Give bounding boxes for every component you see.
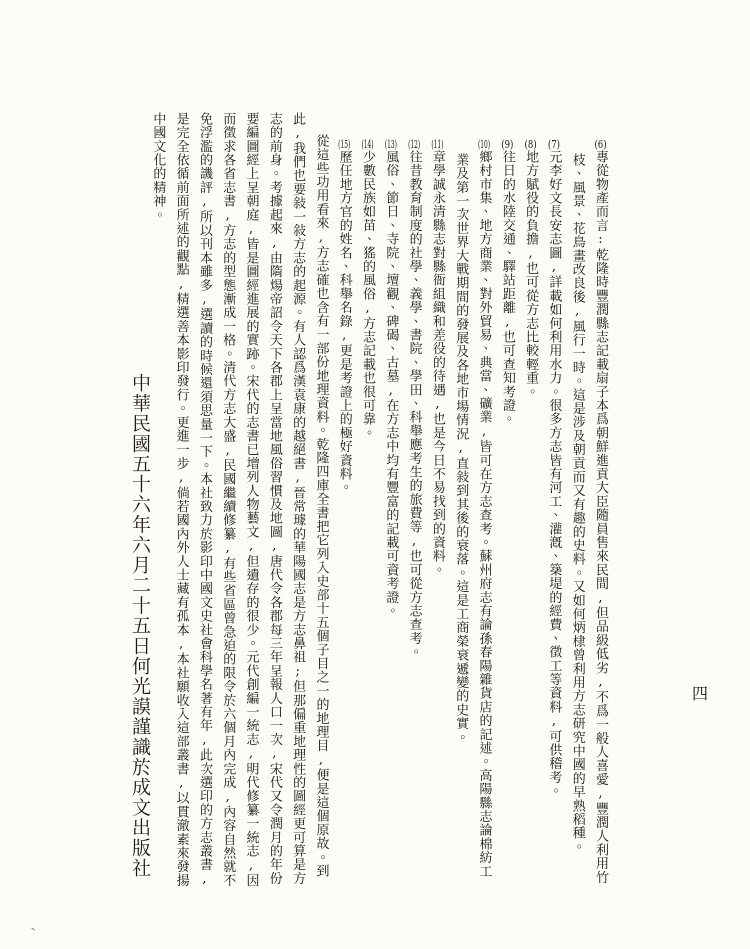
closing-paragraph-col-5: 而徵求各省志書,方志的型態漸成一格。清代方志大盛,民國繼續修纂,有些省區曾急迫的… [216,112,239,912]
item-12-number: (12) [408,139,421,150]
closing-paragraph-col-3: 志的前身。考據起來,由隋煬帝詔令天下各郡上呈當地風俗習慣及地圖,唐代令各郡每三年… [263,112,286,912]
item-6-col-1: (6)專從物產而言:乾隆時豐潤縣志記載扇子本爲朝鮮進貢大臣隨員售來民間,但品級低… [589,112,612,912]
item-13-col-1: (13)風俗、節日、寺院、壇觀、碑碣、古墓,在方志中均有豐富的記載可資考證。 [379,112,402,912]
book-page: (6)專從物產而言:乾隆時豐潤縣志記載扇子本爲朝鮮進貢大臣隨員售來民間,但品級低… [0,0,750,949]
column-text: 往昔教育制度的社學、義學、書院、學田、科舉應考生的旅費等,也可從方志查考。 [407,150,422,659]
closing-paragraph-col-6: 免浮濫的譏評,所以刊本雖多,選讀的時候還須思量一下。本社致力於影印中國文史社會科… [193,112,216,912]
item-14-col-1: (14)少數民族如苗、猺的風俗,方志記載也很可靠。 [356,112,379,912]
column-text: 志的前身。考據起來,由隋煬帝詔令天下各郡上呈當地風俗習慣及地圖,唐代令各郡每三年… [267,112,282,885]
column-text: 是完全依循前面所述的觀點,精選善本影印發行。更進一步,倘若國內外人士藏有孤本,本… [174,112,189,887]
item-9-col-1: (9)往日的水陸交通、驛站距離,也可查知考證。 [496,112,519,912]
column-text: 免浮濫的譏評,所以刊本雖多,選讀的時候還須思量一下。本社致力於影印中國文史社會科… [197,112,212,887]
item-15-number: (15) [338,139,351,150]
column-text: 業及第一次世界大戰期間的發展及各地市場情況,直敍到其後的衰落。這是工商榮衰遞變的… [453,153,468,744]
column-text: 枝、風景、花鳥畫改良後,風行一時。這是涉及朝貢而又有趣的史料。又如何炳棣曾利用方… [570,153,585,854]
item-10-col-1: (10)鄉村市集、地方商業、對外貿易、典當、礦業,皆可在方志查考。蘇州府志有論孫… [472,112,495,912]
column-text: 往日的水陸交通、驛站距離,也可查知考證。 [500,150,515,426]
corner-mark: 、 [28,915,43,934]
closing-paragraph-col-1: 從這些功用看來,方志確也含有一部份地理資料。乾隆四庫全書把它列入史部十五個子目之… [309,112,332,912]
column-text: 此,我們也要敍一敍方志的起源。有人認爲漢袁康的越絕書,晉常璩的華陽國志是方志鼻祖… [290,112,305,885]
column-text: 少數民族如苗、猺的風俗,方志記載也很可靠。 [360,150,375,440]
column-text: 鄉村市集、地方商業、對外貿易、典當、礦業,皆可在方志查考。蘇州府志有論孫春陽雜貨… [477,150,492,878]
item-10-col-2: 業及第一次世界大戰期間的發展及各地市場情況,直敍到其後的衰落。這是工商榮衰遞變的… [449,112,472,912]
closing-paragraph-col-2: 此,我們也要敍一敍方志的起源。有人認爲漢袁康的越絕書,晉常璩的華陽國志是方志鼻祖… [286,112,309,912]
item-11-number: (11) [431,139,444,150]
column-text: 風俗、節日、寺院、壇觀、碑碣、古墓,在方志中均有豐富的記載可資考證。 [383,150,398,618]
text-block: (6)專從物產而言:乾隆時豐潤縣志記載扇子本爲朝鮮進貢大臣隨員售來民間,但品級低… [146,112,612,912]
column-text: 地方賦役的負擔,也可從方志比較輕重。 [523,150,538,399]
item-8-col-1: (8)地方賦役的負擔,也可從方志比較輕重。 [519,112,542,912]
page-number: 四 [692,681,708,704]
column-text: 而徵求各省志書,方志的型態漸成一格。清代方志大盛,民國繼續修纂,有些省區曾急迫的… [220,112,235,887]
item-12-col-1: (12)往昔教育制度的社學、義學、書院、學田、科舉應考生的旅費等,也可從方志查考… [402,112,425,912]
column-text: 要編圖經上呈朝庭,皆是圖經進展的實跡。宋代的志書已增列人物藝文,但遺存的很少。元… [244,112,259,887]
column-text: 從這些功用看來,方志確也含有一部份地理資料。乾隆四庫全書把它列入史部十五個子目之… [313,134,328,878]
item-13-number: (13) [384,139,397,150]
column-text: 章學誠永清縣志對縣衙組織和差役的待遇,也是今日不易找到的資料。 [430,150,445,577]
item-6-number: (6) [594,139,607,150]
column-text: 中國文化的精神。 [150,112,165,222]
item-10-number: (10) [478,139,491,150]
item-11-col-1: (11)章學誠永清縣志對縣衙組織和差役的待遇,也是今日不易找到的資料。 [426,112,449,912]
column-text: 元李好文長安志圖,詳載如何利用水力。很多方志皆有河工、灌漑、築堤的經費、徵工等資… [546,150,561,798]
item-8-number: (8) [524,139,537,150]
column-text: 歷任地方官的姓名、科舉名錄,更是考證上的極好資料。 [337,150,352,495]
closing-paragraph-col-7: 是完全依循前面所述的觀點,精選善本影印發行。更進一步,倘若國內外人士藏有孤本,本… [169,112,192,912]
item-15-col-1: (15)歷任地方官的姓名、科舉名錄,更是考證上的極好資料。 [332,112,355,912]
item-9-number: (9) [501,139,514,150]
item-14-number: (14) [361,139,374,150]
item-6-col-2: 枝、風景、花鳥畫改良後,風行一時。這是涉及朝貢而又有趣的史料。又如何炳棣曾利用方… [565,112,588,912]
item-7-number: (7) [547,139,560,150]
column-text: 專從物產而言:乾隆時豐潤縣志記載扇子本爲朝鮮進貢大臣隨員售來民間,但品級低劣,不… [593,150,608,884]
closing-paragraph-col-4: 要編圖經上呈朝庭,皆是圖經進展的實跡。宋代的志書已增列人物藝文,但遺存的很少。元… [239,112,262,912]
colophon: 中華民國五十六年六月二十五日何光謨謹識於成文出版社 [126,373,153,878]
item-7-col-1: (7)元李好文長安志圖,詳載如何利用水力。很多方志皆有河工、灌漑、築堤的經費、徵… [542,112,565,912]
